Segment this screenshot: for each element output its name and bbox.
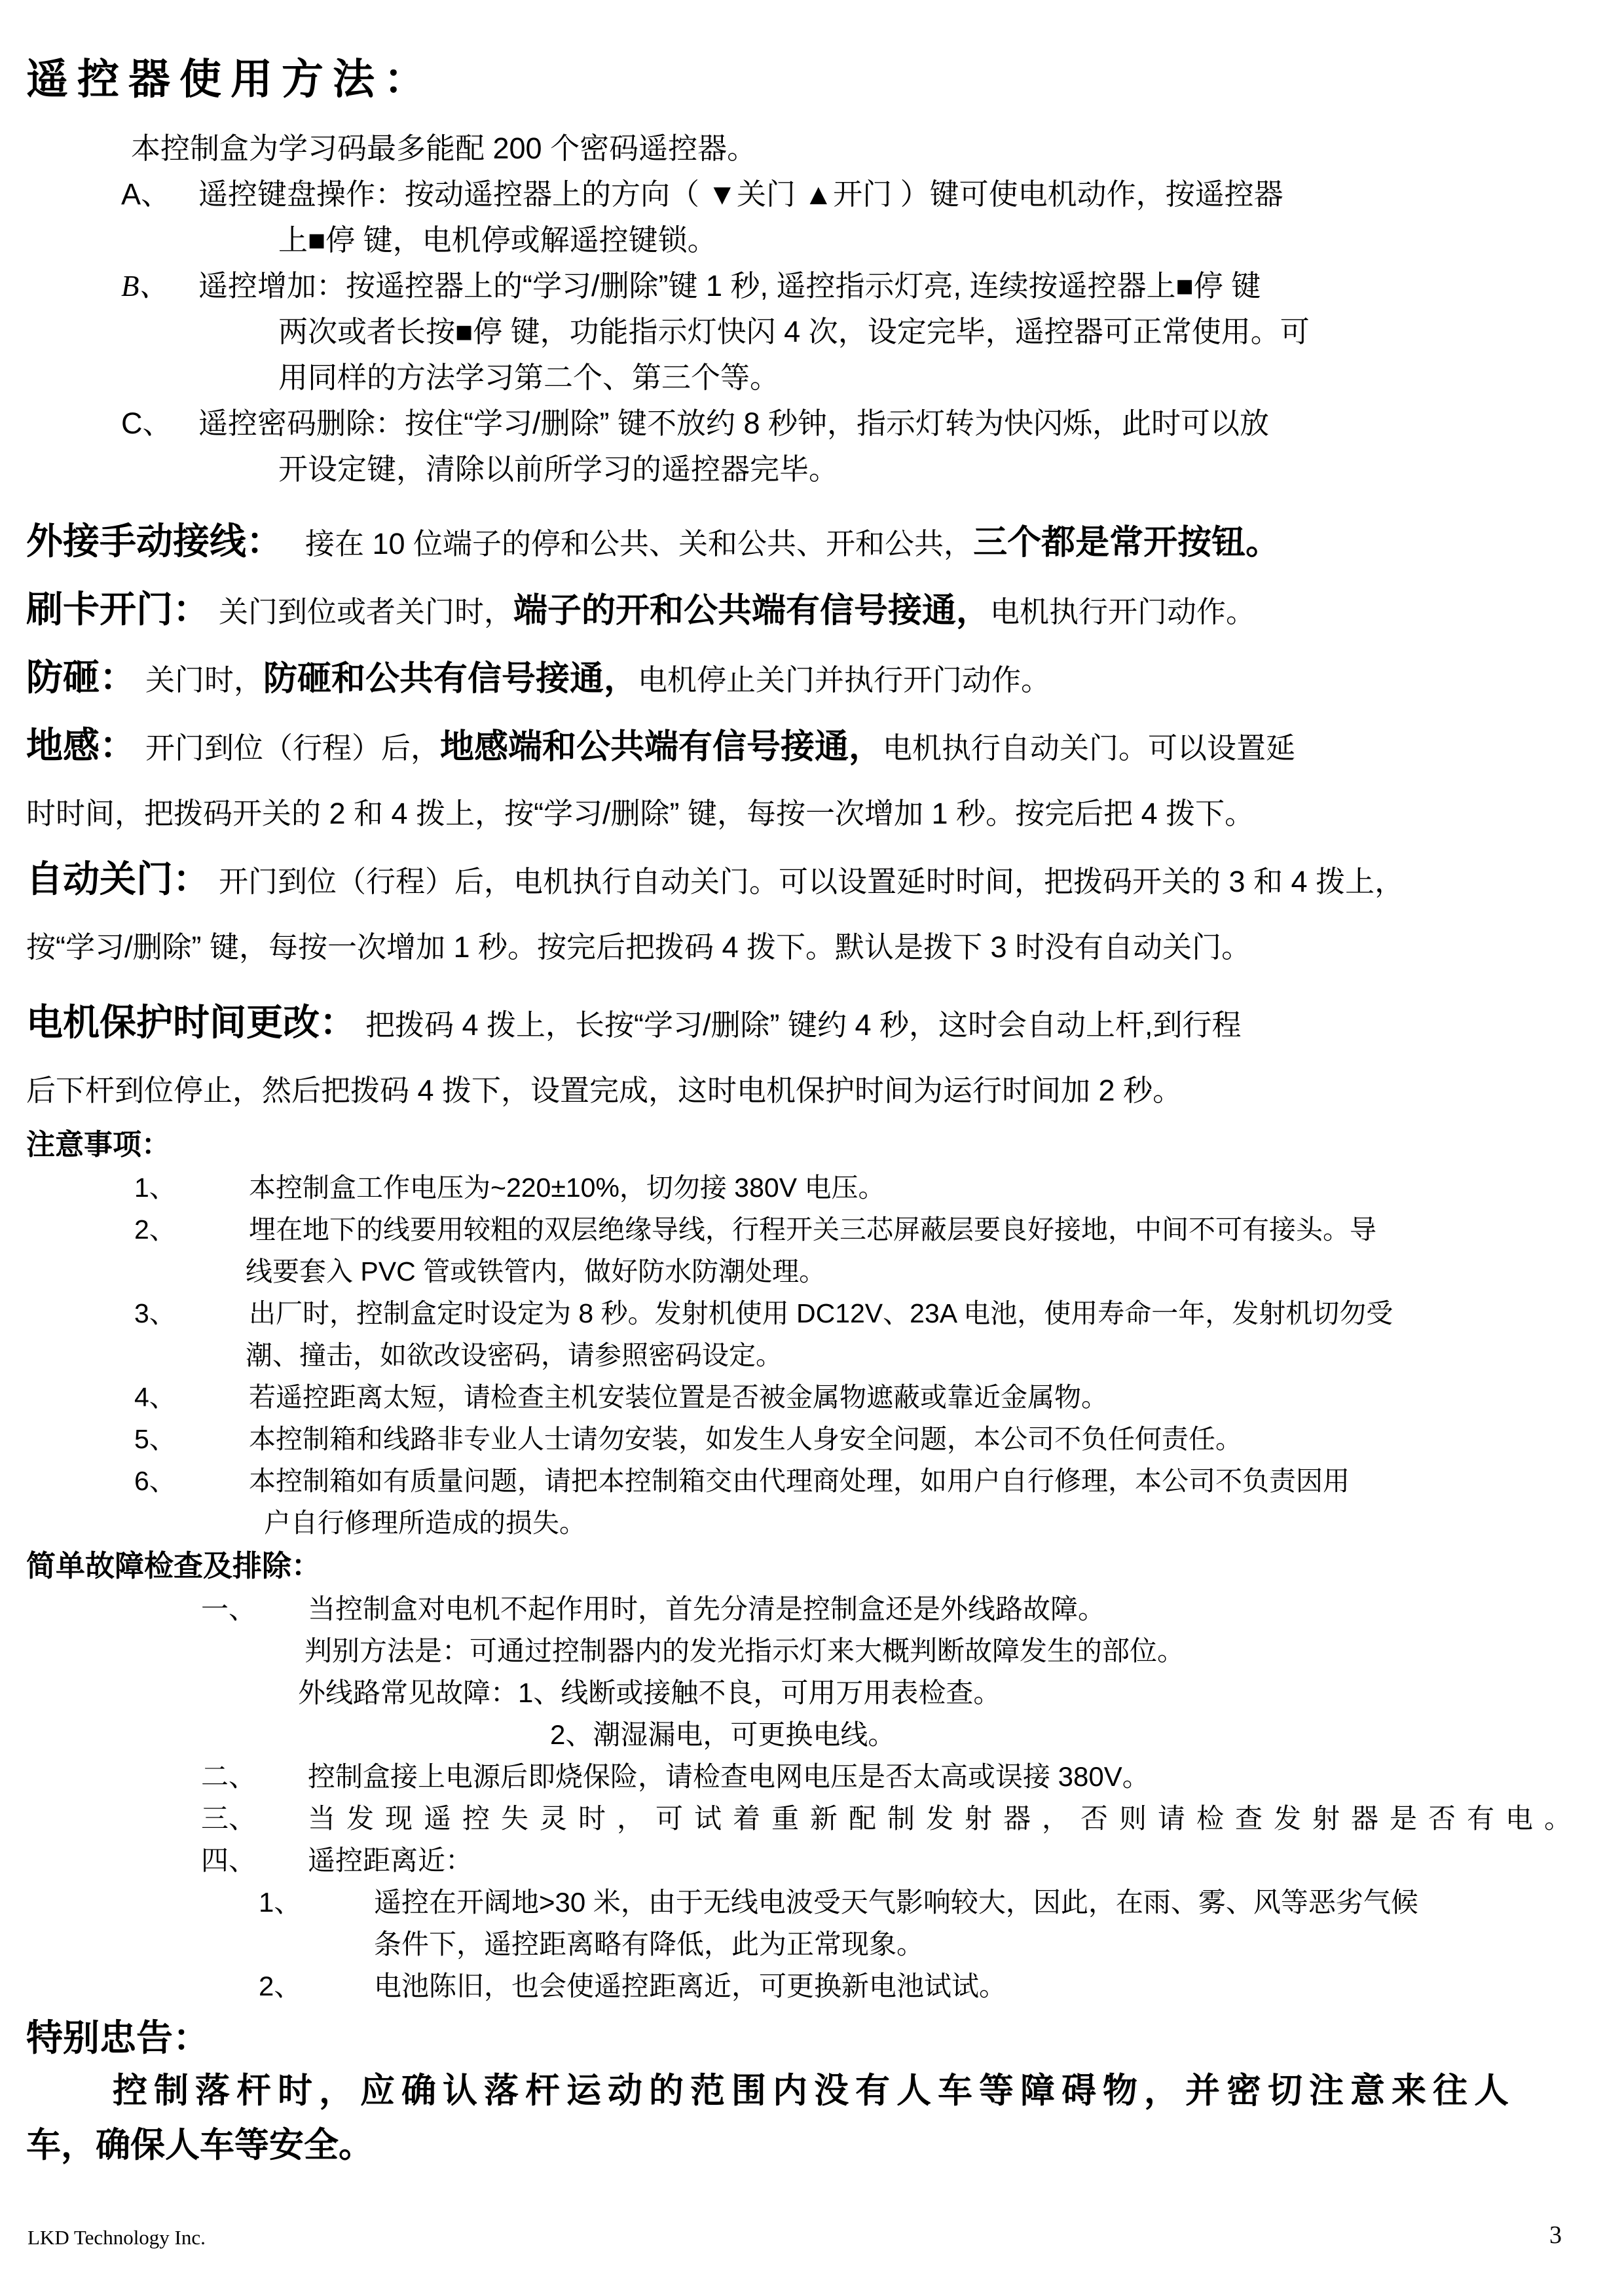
section-anti-smash-post: 电机停止关门并执行开门动作。: [638, 663, 1050, 697]
item-b-text-3: 用同样的方法学习第二个、第三个等。: [278, 361, 779, 394]
section-autoclose-label: 自动关门：: [26, 858, 210, 900]
section-anti-smash-bold: 防砸和公共有信号接通，: [263, 660, 638, 698]
fault-text-1d: 2、潮湿漏电，可更换电线。: [550, 1719, 895, 1750]
item-c-line-2: 开设定键，清除以前所学习的遥控器完毕。: [26, 446, 1598, 492]
section-card-open-bold: 端子的开和公共端有信号接通，: [513, 592, 990, 630]
section-ground-pre: 开门到位（行程）后，: [145, 731, 440, 765]
fault-sub-text-1: 遥控在开阔地>30 米，由于无线电波受天气影响较大，因此，在雨、雾、风等恶劣气候: [374, 1887, 1418, 1918]
note-text-3b: 潮、撞击，如欲改设密码，请参照密码设定。: [246, 1340, 783, 1370]
section-manual-wiring-text: 接在 10 位端子的停和公共、关和公共、开和公共，: [305, 527, 973, 560]
warning-heading: 特别忠告：: [26, 2013, 1598, 2064]
note-item-3-wrap: 潮、撞击，如欲改设密码，请参照密码设定。: [26, 1334, 1598, 1376]
section-ground-label: 地感：: [26, 725, 136, 766]
section-autoclose-text-1: 开门到位（行程）后，电机执行自动关门。可以设置延时时间，把拨码开关的 3 和 4…: [219, 865, 1404, 898]
note-text-2b: 线要套入 PVC 管或铁管内，做好防水防潮处理。: [246, 1256, 826, 1286]
page-number: 3: [1549, 2221, 1562, 2250]
section-anti-smash-pre: 关门时，: [145, 663, 263, 697]
section-ground-line-1: 地感：开门到位（行程）后，地感端和公共端有信号接通，电机执行自动关门。可以设置延: [26, 713, 1598, 781]
fault-text-1: 当控制盒对电机不起作用时，首先分清是控制盒还是外线路故障。: [308, 1594, 1105, 1624]
note-num-1: 1、: [134, 1167, 249, 1209]
note-num-6: 6、: [134, 1460, 249, 1502]
intro-text: 本控制盒为学习码最多能配 200 个密码遥控器。: [131, 132, 756, 165]
fault-num-3: 三、: [201, 1798, 308, 1840]
manual-page: 遥控器使用方法： 本控制盒为学习码最多能配 200 个密码遥控器。 A、遥控键盘…: [0, 0, 1624, 2296]
fault-text-4: 遥控距离近：: [308, 1845, 473, 1876]
note-item-4: 4、若遥控距离太短，请检查主机安装位置是否被金属物遮蔽或靠近金属物。: [26, 1376, 1598, 1418]
section-manual-wiring-label: 外接手动接线：: [26, 520, 283, 562]
item-a-text-2: 上■停 键，电机停或解遥控键锁。: [278, 223, 717, 257]
item-c-line-1: C、遥控密码删除：按住“学习/删除” 键不放约 8 秒钟，指示灯转为快闪烁，此时…: [26, 401, 1598, 446]
fault-num-1: 一、: [201, 1588, 308, 1630]
fault-item-4: 四、遥控距离近：: [26, 1840, 1598, 1882]
item-b-text-2: 两次或者长按■停 键，功能指示灯快闪 4 次，设定完毕，遥控器可正常使用。可: [278, 315, 1310, 348]
item-b-text-1: 遥控增加：按遥控器上的“学习/删除”键 1 秒, 遥控指示灯亮, 连续按遥控器上…: [198, 269, 1261, 302]
item-b-line-1: B、遥控增加：按遥控器上的“学习/删除”键 1 秒, 遥控指示灯亮, 连续按遥控…: [26, 263, 1598, 309]
warning-text-1: 控制落杆时，应确认落杆运动的范围内没有人车等障碍物，并密切注意来往人: [113, 2071, 1515, 2110]
section-autoclose-line-2: 按“学习/删除” 键，每按一次增加 1 秒。按完后把拨码 4 拨下。默认是拨下 …: [26, 915, 1598, 980]
section-card-open-pre: 关门到位或者关门时，: [219, 595, 513, 629]
section-motor-line-2: 后下杆到位停止，然后把拨码 4 拨下，设置完成，这时电机保护时间为运行时间加 2…: [26, 1058, 1598, 1123]
section-motor-text-1: 把拨码 4 拨上，长按“学习/删除” 键约 4 秒，这时会自动上杆,到行程: [365, 1008, 1242, 1042]
item-c-text-1: 遥控密码删除：按住“学习/删除” 键不放约 8 秒钟，指示灯转为快闪烁，此时可以…: [198, 407, 1269, 440]
fault-item-3: 三、当发现遥控失灵时，可试着重新配制发射器，否则请检查发射器是否有电。: [26, 1798, 1598, 1840]
page-title: 遥控器使用方法：: [26, 49, 1598, 109]
item-c-text-2: 开设定键，清除以前所学习的遥控器完毕。: [278, 452, 838, 486]
item-a-label: A、: [121, 172, 198, 217]
fault-sub-item-1: 1、遥控在开阔地>30 米，由于无线电波受天气影响较大，因此，在雨、雾、风等恶劣…: [26, 1882, 1598, 1923]
note-text-3: 出厂时，控制盒定时设定为 8 秒。发射机使用 DC12V、23A 电池，使用寿命…: [249, 1298, 1393, 1328]
faults-heading: 简单故障检查及排除：: [26, 1544, 1598, 1588]
note-num-2: 2、: [134, 1209, 249, 1250]
note-text-6b: 户自行修理所造成的损失。: [264, 1508, 586, 1538]
fault-sub-text-2: 电池陈旧，也会使遥控距离近，可更换新电池试试。: [374, 1971, 1006, 2001]
note-item-6: 6、本控制箱如有质量问题，请把本控制箱交由代理商处理，如用户自行修理，本公司不负…: [26, 1460, 1598, 1502]
fault-item-1: 一、当控制盒对电机不起作用时，首先分清是控制盒还是外线路故障。: [26, 1588, 1598, 1630]
section-autoclose-text-2: 按“学习/删除” 键，每按一次增加 1 秒。按完后把拨码 4 拨下。默认是拨下 …: [26, 930, 1251, 964]
fault-text-1b: 判别方法是：可通过控制器内的发光指示灯来大概判断故障发生的部位。: [304, 1635, 1185, 1666]
note-item-2-wrap: 线要套入 PVC 管或铁管内，做好防水防潮处理。: [26, 1250, 1598, 1292]
section-ground-bold: 地感端和公共端有信号接通，: [440, 728, 883, 766]
note-text-1: 本控制盒工作电压为~220±10%，切勿接 380V 电压。: [249, 1173, 885, 1203]
section-manual-wiring-bold: 三个都是常开按钮。: [973, 524, 1280, 562]
fault-num-2: 二、: [201, 1756, 308, 1798]
item-a-line-2: 上■停 键，电机停或解遥控键锁。: [26, 217, 1598, 263]
section-ground-text-2: 时时间，把拨码开关的 2 和 4 拨上，按“学习/删除” 键，每按一次增加 1 …: [26, 797, 1254, 830]
section-motor-label: 电机保护时间更改：: [26, 1002, 356, 1043]
fault-item-1c: 外线路常见故障：1、线断或接触不良，可用万用表检查。: [26, 1672, 1598, 1714]
item-a-line-1: A、遥控键盘操作：按动遥控器上的方向（ ▼关门 ▲开门 ）键可使电机动作，按遥控…: [26, 172, 1598, 217]
note-item-2: 2、埋在地下的线要用较粗的双层绝缘导线，行程开关三芯屏蔽层要良好接地，中间不可有…: [26, 1209, 1598, 1250]
section-motor-line-1: 电机保护时间更改：把拨码 4 拨上，长按“学习/删除” 键约 4 秒，这时会自动…: [26, 990, 1598, 1058]
fault-sub-item-1-wrap: 条件下，遥控距离略有降低，此为正常现象。: [26, 1923, 1598, 1965]
fault-sub-num-2: 2、: [259, 1965, 374, 2007]
fault-item-1b: 判别方法是：可通过控制器内的发光指示灯来大概判断故障发生的部位。: [26, 1630, 1598, 1672]
fault-sub-text-1b: 条件下，遥控距离略有降低，此为正常现象。: [374, 1929, 924, 1959]
fault-sub-num-1: 1、: [259, 1882, 374, 1923]
item-b-line-2: 两次或者长按■停 键，功能指示灯快闪 4 次，设定完毕，遥控器可正常使用。可: [26, 309, 1598, 355]
fault-text-1c: 外线路常见故障：1、线断或接触不良，可用万用表检查。: [298, 1677, 1001, 1708]
note-text-5: 本控制箱和线路非专业人士请勿安装，如发生人身安全问题，本公司不负任何责任。: [249, 1424, 1242, 1454]
warning-line-1: 控制落杆时，应确认落杆运动的范围内没有人车等障碍物，并密切注意来往人: [26, 2064, 1598, 2118]
section-card-open-label: 刷卡开门：: [26, 589, 210, 630]
note-text-4: 若遥控距离太短，请检查主机安装位置是否被金属物遮蔽或靠近金属物。: [249, 1382, 1108, 1412]
section-manual-wiring: 外接手动接线：接在 10 位端子的停和公共、关和公共、开和公共，三个都是常开按钮…: [26, 509, 1598, 577]
item-a-text-1: 遥控键盘操作：按动遥控器上的方向（ ▼关门 ▲开门 ）键可使电机动作，按遥控器: [198, 177, 1283, 211]
section-card-open: 刷卡开门：关门到位或者关门时，端子的开和公共端有信号接通，电机执行开门动作。: [26, 577, 1598, 645]
note-text-2: 埋在地下的线要用较粗的双层绝缘导线，行程开关三芯屏蔽层要良好接地，中间不可有接头…: [249, 1214, 1376, 1245]
section-card-open-post: 电机执行开门动作。: [990, 595, 1255, 629]
note-item-5: 5、本控制箱和线路非专业人士请勿安装，如发生人身安全问题，本公司不负任何责任。: [26, 1418, 1598, 1460]
note-num-5: 5、: [134, 1418, 249, 1460]
note-text-6: 本控制箱如有质量问题，请把本控制箱交由代理商处理，如用户自行修理，本公司不负责因…: [249, 1466, 1350, 1496]
section-ground-line-2: 时时间，把拨码开关的 2 和 4 拨上，按“学习/删除” 键，每按一次增加 1 …: [26, 781, 1598, 847]
warning-line-2: 车，确保人车等安全。: [26, 2118, 1598, 2172]
note-item-1: 1、本控制盒工作电压为~220±10%，切勿接 380V 电压。: [26, 1167, 1598, 1209]
item-c-label: C、: [121, 401, 198, 446]
fault-item-1d: 2、潮湿漏电，可更换电线。: [26, 1714, 1598, 1756]
section-anti-smash-label: 防砸：: [26, 657, 136, 698]
fault-text-2: 控制盒接上电源后即烧保险，请检查电网电压是否太高或误接 380V。: [308, 1761, 1150, 1792]
section-ground-post: 电机执行自动关门。可以设置延: [883, 731, 1295, 765]
notes-heading: 注意事项：: [26, 1123, 1598, 1167]
item-b-label: B、: [121, 263, 198, 309]
fault-item-2: 二、控制盒接上电源后即烧保险，请检查电网电压是否太高或误接 380V。: [26, 1756, 1598, 1798]
section-anti-smash: 防砸：关门时，防砸和公共有信号接通，电机停止关门并执行开门动作。: [26, 645, 1598, 713]
item-b-line-3: 用同样的方法学习第二个、第三个等。: [26, 355, 1598, 401]
section-motor-text-2: 后下杆到位停止，然后把拨码 4 拨下，设置完成，这时电机保护时间为运行时间加 2…: [26, 1074, 1182, 1107]
intro-line: 本控制盒为学习码最多能配 200 个密码遥控器。: [26, 126, 1598, 172]
section-autoclose-line-1: 自动关门：开门到位（行程）后，电机执行自动关门。可以设置延时时间，把拨码开关的 …: [26, 847, 1598, 915]
fault-num-4: 四、: [201, 1840, 308, 1882]
note-item-6-wrap: 户自行修理所造成的损失。: [26, 1502, 1598, 1544]
fault-text-3: 当发现遥控失灵时，可试着重新配制发射器，否则请检查发射器是否有电。: [308, 1803, 1583, 1834]
note-item-3: 3、出厂时，控制盒定时设定为 8 秒。发射机使用 DC12V、23A 电池，使用…: [26, 1292, 1598, 1334]
note-num-3: 3、: [134, 1292, 249, 1334]
warning-text-2: 车，确保人车等安全。: [26, 2126, 373, 2164]
footer-company: LKD Technology Inc.: [28, 2226, 206, 2250]
fault-sub-item-2: 2、电池陈旧，也会使遥控距离近，可更换新电池试试。: [26, 1965, 1598, 2007]
note-num-4: 4、: [134, 1376, 249, 1418]
